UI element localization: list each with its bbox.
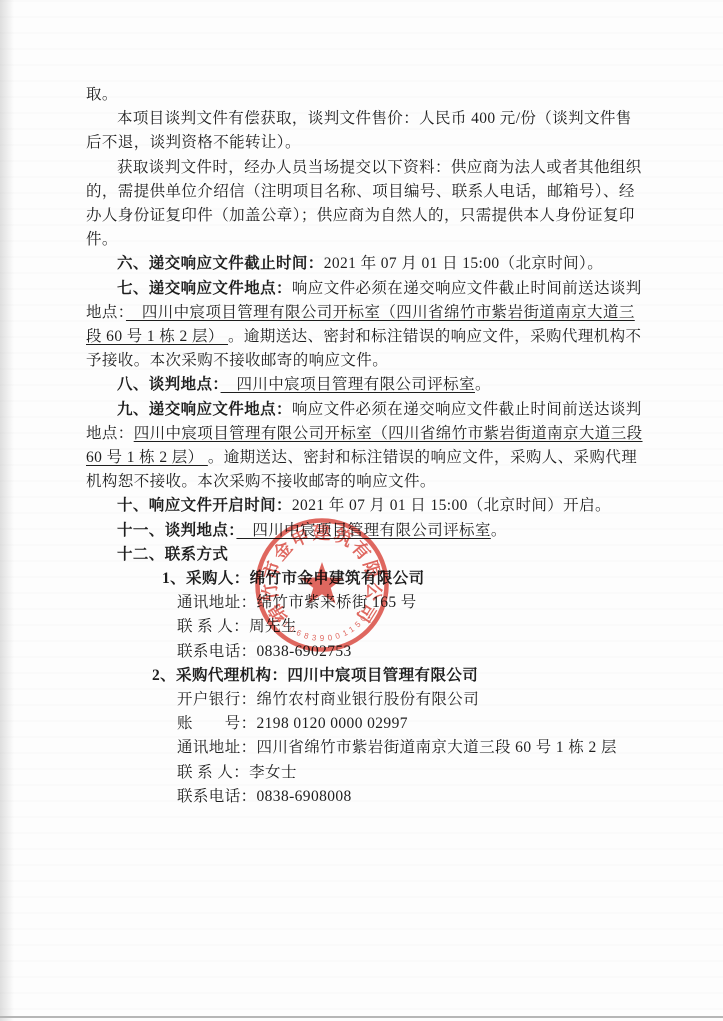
- text-line: 九、递交响应文件地点：响应文件必须在递交响应文件截止时间前送达谈判: [86, 398, 652, 422]
- text-line: 十二、联系方式: [86, 543, 652, 567]
- text-line: 2、采购代理机构：四川中宸项目管理有限公司: [86, 664, 652, 688]
- text-line: 办人身份证复印件（加盖公章）；供应商为自然人的，只需提供本人身份证复印: [86, 204, 652, 228]
- text-line: 账 号：2198 0120 0000 02997: [86, 712, 652, 736]
- document-body: 取。本项目谈判文件有偿获取，谈判文件售价：人民币 400 元/份（谈判文件售后不…: [86, 83, 652, 809]
- text-line: 联系电话：0838-6902753: [86, 640, 652, 664]
- document-page: 取。本项目谈判文件有偿获取，谈判文件售价：人民币 400 元/份（谈判文件售后不…: [0, 0, 723, 1021]
- text-line: 1、采购人：绵竹市金申建筑有限公司: [86, 567, 652, 591]
- text-line: 件。: [86, 228, 652, 252]
- text-line: 联 系 人：李女士: [86, 761, 652, 785]
- text-line: 十、响应文件开启时间：2021 年 07 月 01 日 15:00（北京时间）开…: [86, 494, 652, 518]
- text-line: 地点： 四川中宸项目管理有限公司开标室（四川省绵竹市紫岩街道南京大道三: [86, 301, 652, 325]
- scan-left-edge: [0, 0, 14, 1021]
- text-line: 联系电话：0838-6908008: [86, 785, 652, 809]
- text-line: 获取谈判文件时，经办人员当场提交以下资料：供应商为法人或者其他组织: [86, 156, 652, 180]
- text-line: 取。: [86, 83, 652, 107]
- text-line: 通讯地址：绵竹市紫来桥街 165 号: [86, 591, 652, 615]
- text-line: 联 系 人：周先生: [86, 615, 652, 639]
- scan-bottom-edge: [0, 1016, 723, 1018]
- text-line: 八、谈判地点： 四川中宸项目管理有限公司评标室。: [86, 373, 652, 397]
- text-line: 七、递交响应文件地点：响应文件必须在递交响应文件截止时间前送达谈判: [86, 277, 652, 301]
- text-line: 予接收。本次采购不接收邮寄的响应文件。: [86, 349, 652, 373]
- text-line: 本项目谈判文件有偿获取，谈判文件售价：人民币 400 元/份（谈判文件售: [86, 107, 652, 131]
- text-line: 后不退，谈判资格不能转让）。: [86, 131, 652, 155]
- text-line: 通讯地址：四川省绵竹市紫岩街道南京大道三段 60 号 1 栋 2 层: [86, 736, 652, 760]
- text-line: 地点：四川中宸项目管理有限公司开标室（四川省绵竹市紫岩街道南京大道三段: [86, 422, 652, 446]
- text-line: 开户银行：绵竹农村商业银行股份有限公司: [86, 688, 652, 712]
- text-line: 60 号 1 栋 2 层） 。逾期送达、密封和标注错误的响应文件，采购人、采购代…: [86, 446, 652, 470]
- text-line: 机构恕不接收。本次采购不接收邮寄的响应文件。: [86, 470, 652, 494]
- text-line: 六、递交响应文件截止时间：2021 年 07 月 01 日 15:00（北京时间…: [86, 252, 652, 276]
- text-line: 的，需提供单位介绍信（注明项目名称、项目编号、联系人电话，邮箱号）、经: [86, 180, 652, 204]
- text-line: 段 60 号 1 栋 2 层） 。逾期送达、密封和标注错误的响应文件，采购代理机…: [86, 325, 652, 349]
- text-line: 十一、谈判地点： 四川中宸项目管理有限公司评标室。: [86, 519, 652, 543]
